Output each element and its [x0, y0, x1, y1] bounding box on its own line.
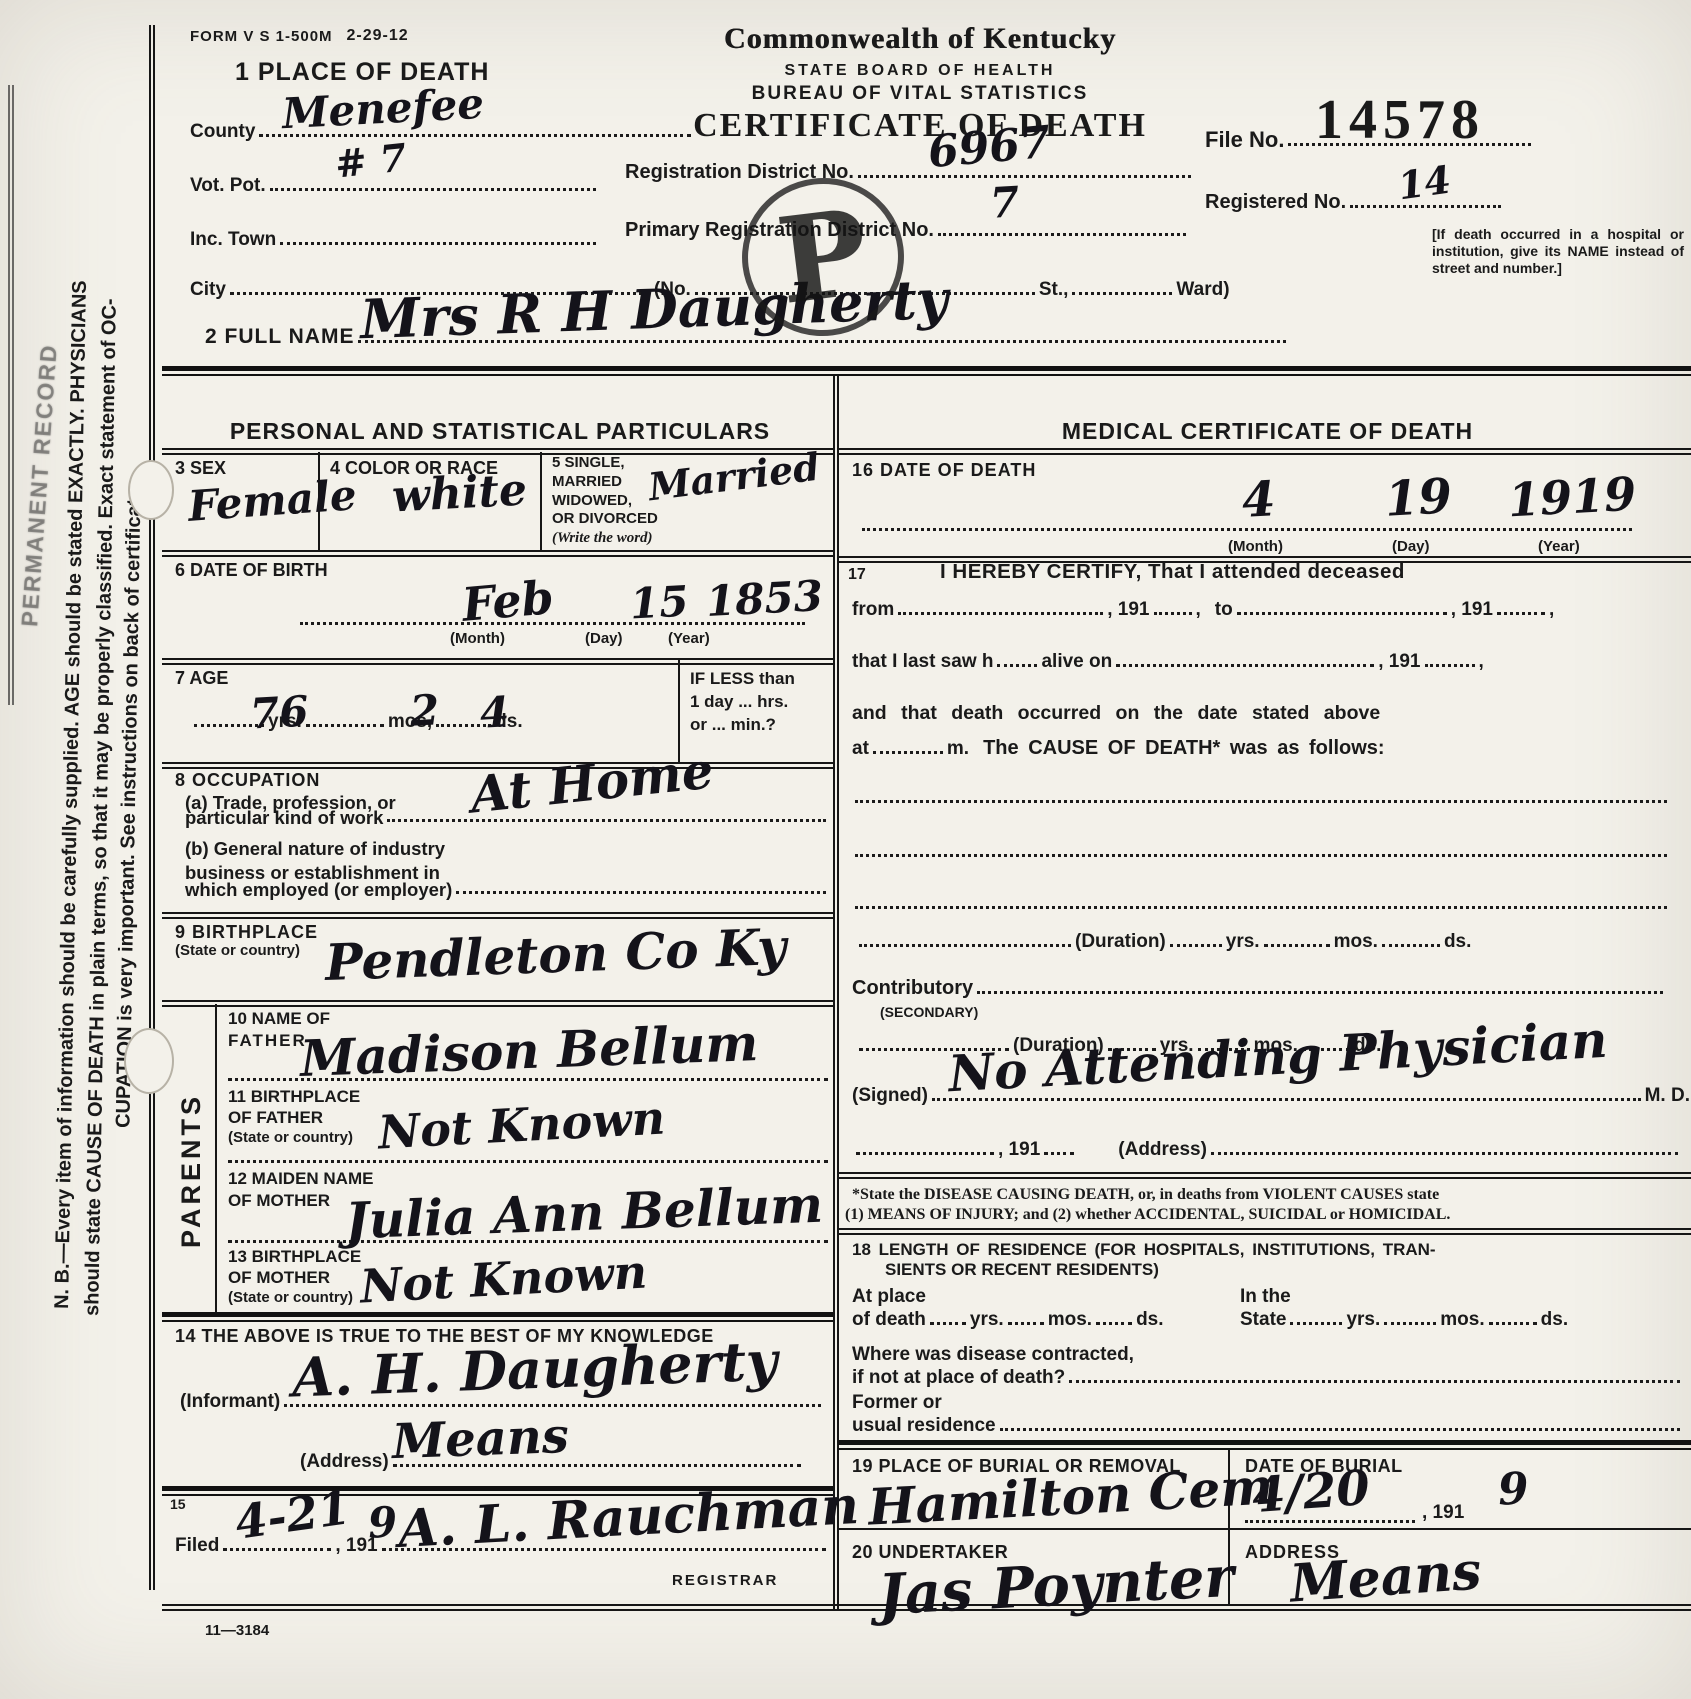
father-name-label-line1: 10 NAME OF	[228, 1008, 330, 1030]
duration-line: (Duration) yrs. mos. ds.	[855, 932, 1667, 952]
age-months-value: 2	[409, 689, 440, 732]
agency-heading: Commonwealth of Kentucky STATE BOARD OF …	[640, 22, 1200, 145]
birthplace-caption: (State or country)	[175, 942, 300, 959]
mother-birthplace-label-line1: 13 BIRTHPLACE	[228, 1246, 361, 1267]
cell-divider	[540, 452, 542, 550]
dob-month-caption: (Month)	[450, 630, 505, 647]
full-name-label: 2 FULL NAME	[205, 326, 354, 348]
inc-town-line: Inc. Town	[190, 230, 600, 250]
dotted-leader	[930, 1322, 966, 1325]
to-191: , 191	[1451, 600, 1493, 620]
dotted-leader	[1000, 1428, 1680, 1431]
hole-punch-top	[128, 460, 174, 520]
county-label: County	[190, 122, 255, 142]
at-label: at	[852, 739, 869, 759]
signed-label: (Signed)	[852, 1086, 928, 1106]
duration-mos-caption: mos.	[1334, 932, 1378, 952]
rule-heavy	[838, 1440, 1691, 1450]
father-birthplace-label-line1: 11 BIRTHPLACE	[228, 1086, 360, 1107]
cause-intro-line: at m. The CAUSE OF DEATH* was as follows…	[852, 738, 1682, 759]
footnote-line2: (1) MEANS OF INJURY; and (2) whether ACC…	[845, 1206, 1450, 1224]
informant-label: (Informant)	[180, 1392, 280, 1412]
contributory-line: Contributory	[852, 978, 1667, 999]
age-days-value: 4	[479, 691, 510, 734]
dod-day-caption: (Day)	[1392, 538, 1430, 555]
comma: ,	[1196, 600, 1201, 620]
filed-year-digit: 9	[367, 1501, 398, 1544]
burial-191: , 191	[1422, 1502, 1464, 1524]
mother-birthplace-caption: (State or country)	[228, 1289, 361, 1308]
duration-yrs-caption: yrs.	[1226, 932, 1260, 952]
city-label: City	[190, 280, 226, 300]
dod-month-value: 4	[1241, 475, 1277, 525]
county-value: Menefee	[281, 83, 485, 136]
marital-label-line4: OR DIVORCED	[552, 510, 658, 529]
in-state-line: State yrs. mos. ds.	[1240, 1310, 1685, 1330]
if-less-line2: 1 day ... hrs.	[690, 691, 830, 714]
marital-value: Married	[646, 448, 821, 507]
father-birthplace-label: 11 BIRTHPLACE OF FATHER (State or countr…	[228, 1086, 360, 1147]
row-rule	[228, 1160, 828, 1163]
dotted-leader	[306, 724, 384, 727]
dotted-leader	[280, 242, 596, 245]
certificate-title: CERTIFICATE OF DEATH	[640, 107, 1200, 145]
mother-birthplace-label-line2: OF MOTHER	[228, 1267, 361, 1288]
if-less-line1: IF LESS than	[690, 668, 830, 691]
occupation-b-line1: (b) General nature of industry	[185, 838, 445, 860]
sex-label: 3 SEX	[175, 458, 226, 479]
dob-year-caption: (Year)	[668, 630, 710, 647]
alive-on-label: alive on	[1041, 652, 1112, 672]
dotted-leader	[997, 664, 1037, 667]
last-saw-line: that I last saw h alive on , 191 ,	[852, 652, 1662, 672]
res-yrs-caption: yrs.	[970, 1310, 1004, 1330]
dotted-leader	[1154, 612, 1192, 615]
if-less-label: IF LESS than 1 day ... hrs. or ... min.?	[690, 668, 830, 737]
cause-dotted-line-3	[855, 906, 1667, 909]
hospital-note: [If death occurred in a hospital or inst…	[1432, 226, 1684, 276]
dob-year-value: 1853	[705, 575, 824, 623]
form-code: 11—3184	[205, 1622, 269, 1639]
dob-day-value: 15	[629, 580, 690, 625]
md-caption: M. D.	[1645, 1086, 1690, 1106]
death-occurred-line: and that death occurred on the date stat…	[852, 702, 1380, 725]
cause-dotted-line-2	[855, 854, 1667, 857]
dotted-leader	[1008, 1322, 1044, 1325]
race-value: white	[391, 468, 528, 519]
rule	[162, 550, 833, 557]
residence-label-line1: 18 LENGTH OF RESIDENCE (FOR HOSPITALS, I…	[852, 1240, 1436, 1260]
dotted-leader	[938, 233, 1186, 236]
res-ds-caption: ds.	[1136, 1310, 1163, 1330]
st-label: St.,	[1039, 280, 1069, 300]
dotted-leader	[1384, 1322, 1436, 1325]
occupation-label: 8 OCCUPATION	[175, 770, 320, 791]
inc-town-label: Inc. Town	[190, 230, 276, 250]
rule-heavy	[162, 1312, 833, 1322]
personal-section-title: PERSONAL AND STATISTICAL PARTICULARS	[170, 418, 830, 445]
dotted-leader	[1096, 1322, 1132, 1325]
ward-label: Ward)	[1176, 280, 1229, 300]
dotted-leader	[456, 891, 826, 894]
residence-label-line2: SIENTS OR RECENT RESIDENTS)	[885, 1260, 1159, 1280]
dotted-leader	[1072, 292, 1172, 295]
state-ds-caption: ds.	[1541, 1310, 1568, 1330]
to-label: to	[1215, 600, 1233, 620]
mother-name-label-line1: 12 MAIDEN NAME	[228, 1168, 373, 1190]
dotted-leader	[1264, 944, 1330, 947]
mother-birthplace-value: Not Known	[359, 1249, 648, 1310]
birthplace-label: 9 BIRTHPLACE	[175, 922, 318, 943]
primary-registration-line: Primary Registration District No.	[625, 220, 1190, 241]
rule	[838, 448, 1691, 455]
dotted-leader	[1382, 944, 1440, 947]
dob-month-value: Feb	[460, 574, 555, 628]
state-board: STATE BOARD OF HEALTH	[640, 62, 1200, 80]
dotted-leader	[1044, 1152, 1074, 1155]
former-residence-line2: usual residence	[852, 1416, 1684, 1436]
dotted-leader	[977, 991, 1663, 994]
signed-date-address-line: , 191 (Address)	[852, 1140, 1682, 1160]
rule	[162, 1000, 833, 1007]
mother-name-value: Julia Ann Bellum	[344, 1180, 823, 1247]
vot-pot-value: # 7	[333, 138, 408, 183]
signed-191: , 191	[998, 1140, 1040, 1160]
dotted-leader	[387, 819, 826, 822]
age-label: 7 AGE	[175, 668, 228, 689]
form-number: FORM V S 1-500M	[190, 29, 333, 45]
mother-birthplace-label: 13 BIRTHPLACE OF MOTHER (State or countr…	[228, 1246, 361, 1307]
vot-pot-label: Vot. Pot.	[190, 176, 266, 196]
father-birthplace-caption: (State or country)	[228, 1129, 360, 1148]
informant-address-label: (Address)	[300, 1452, 389, 1472]
dotted-leader	[1069, 1380, 1680, 1383]
dotted-leader	[858, 175, 1191, 178]
dod-year-caption: (Year)	[1538, 538, 1580, 555]
duration-ds-caption: ds.	[1444, 932, 1471, 952]
m-label: m.	[947, 739, 969, 759]
marital-label-line2: MARRIED	[552, 473, 658, 492]
last-saw-label: that I last saw h	[852, 652, 993, 672]
birthplace-value: Pendleton Co Ky	[324, 922, 787, 988]
file-no-value: 14578	[1315, 88, 1485, 152]
dotted-leader	[1425, 664, 1475, 667]
age-years-value: 76	[249, 690, 310, 735]
marital-label-line1: 5 SINGLE,	[552, 454, 658, 473]
footnote-line1: *State the DISEASE CAUSING DEATH, or, in…	[852, 1186, 1439, 1204]
usual-residence-label: usual residence	[852, 1416, 996, 1436]
dotted-leader	[856, 1152, 994, 1155]
marital-write-word: (Write the word)	[552, 529, 658, 548]
dod-year-value: 1919	[1507, 471, 1637, 524]
death-certificate-scan: PERMANENT RECORD N. B.—Every item of inf…	[0, 0, 1691, 1699]
registered-no-value: 14	[1396, 161, 1454, 206]
from-191: , 191	[1107, 600, 1149, 620]
marital-label: 5 SINGLE, MARRIED WIDOWED, OR DIVORCED (…	[552, 454, 658, 548]
dod-month-caption: (Month)	[1228, 538, 1283, 555]
hole-punch-bottom	[124, 1028, 174, 1094]
informant-value: A. H. Daugherty	[291, 1334, 778, 1405]
sex-value: Female	[187, 474, 358, 528]
if-less-line3: or ... min.?	[690, 714, 830, 737]
medical-section-title: MEDICAL CERTIFICATE OF DEATH	[845, 418, 1690, 445]
dotted-leader	[1237, 612, 1447, 615]
rule	[838, 1228, 1691, 1235]
file-no-label: File No.	[1205, 128, 1284, 151]
primary-registration-value: 7	[989, 181, 1020, 224]
res-mos-caption: mos.	[1048, 1310, 1092, 1330]
form-number-line: FORM V S 1-500M 2-29-12	[190, 28, 520, 45]
rule	[838, 1172, 1691, 1179]
occupation-a-line2-text: particular kind of work	[185, 808, 383, 827]
p-stamp-letter: P	[772, 193, 874, 321]
secondary-caption: (SECONDARY)	[880, 1004, 978, 1020]
father-birthplace-value: Not Known	[377, 1095, 666, 1156]
of-death-label: of death	[852, 1310, 926, 1330]
state-label: State	[1240, 1310, 1286, 1330]
cause-dotted-line-1	[855, 800, 1667, 803]
dob-day-caption: (Day)	[585, 630, 623, 647]
dotted-leader	[1116, 664, 1374, 667]
father-name-value: Madison Bellum	[299, 1018, 759, 1084]
header-rule	[162, 366, 1691, 376]
item-17: 17	[848, 566, 866, 584]
dotted-leader	[270, 188, 596, 191]
form-date: 2-29-12	[347, 28, 409, 45]
dotted-leader	[898, 612, 1103, 615]
undertaker-address-value: Means	[1288, 1545, 1483, 1610]
registered-no-line: Registered No.	[1205, 192, 1505, 213]
registration-district-value: 6967	[926, 121, 1052, 176]
registrar-caption: REGISTRAR	[672, 1572, 778, 1589]
burial-date-value: 4/20	[1250, 1464, 1371, 1520]
occupation-b-line3: which employed (or employer)	[185, 880, 830, 899]
cause-of-death-bold: The CAUSE OF DEATH* was as follows:	[983, 738, 1384, 759]
where-contracted-line1: Where was disease contracted,	[852, 1344, 1134, 1366]
date-of-death-label: 16 DATE OF DEATH	[852, 460, 1036, 481]
dod-day-value: 19	[1384, 472, 1453, 523]
duration-caption: (Duration)	[1075, 932, 1166, 952]
registered-no-label: Registered No.	[1205, 192, 1346, 213]
father-birthplace-label-line2: OF FATHER	[228, 1107, 360, 1128]
rule	[162, 658, 833, 665]
marital-label-line3: WIDOWED,	[552, 492, 658, 511]
comma: ,	[1479, 652, 1484, 672]
at-place-label: At place	[852, 1286, 926, 1308]
dob-label: 6 DATE OF BIRTH	[175, 560, 328, 581]
dotted-leader	[873, 751, 943, 754]
at-place-of-death-line: of death yrs. mos. ds.	[852, 1310, 1217, 1330]
signed-address-caption: (Address)	[1118, 1140, 1207, 1160]
item-15: 15	[170, 1496, 186, 1512]
certify-statement: I HEREBY CERTIFY, That I attended deceas…	[940, 560, 1405, 584]
informant-address-value: Means	[391, 1412, 569, 1466]
bureau: BUREAU OF VITAL STATISTICS	[640, 83, 1200, 105]
comma: ,	[1549, 600, 1554, 620]
dotted-leader	[1489, 1322, 1537, 1325]
contributory-label: Contributory	[852, 978, 973, 999]
margin-permanent-record: PERMANENT RECORD	[10, 250, 70, 721]
commonwealth-title: Commonwealth of Kentucky	[640, 22, 1200, 56]
former-residence-line1: Former or	[852, 1392, 942, 1414]
filed-label: Filed	[175, 1536, 219, 1556]
state-mos-caption: mos.	[1440, 1310, 1484, 1330]
page-edge-line	[8, 85, 14, 705]
attended-from-line: from , 191 , to , 191 ,	[852, 600, 1662, 620]
state-yrs-caption: yrs.	[1346, 1310, 1380, 1330]
dotted-leader	[1290, 1322, 1342, 1325]
parents-strip-divider	[215, 1004, 217, 1314]
alive-191: , 191	[1378, 652, 1420, 672]
document-left-border	[149, 25, 155, 1590]
dotted-leader	[1170, 944, 1222, 947]
parents-label: PARENTS	[176, 1060, 207, 1280]
dotted-leader	[1211, 1152, 1678, 1155]
where-contracted-label: if not at place of death?	[852, 1368, 1065, 1388]
dotted-leader	[1497, 612, 1545, 615]
where-contracted-line2: if not at place of death?	[852, 1368, 1684, 1388]
dotted-leader	[1350, 205, 1501, 208]
registration-district-line: Registration District No.	[625, 162, 1195, 183]
burial-year-digit: 9	[1497, 1467, 1530, 1513]
from-label: from	[852, 600, 894, 620]
undertaker-value: Jas Poynter	[877, 1549, 1235, 1624]
occupation-b-line3-text: which employed (or employer)	[185, 880, 452, 899]
dotted-leader	[859, 944, 1071, 947]
in-the-label: In the	[1240, 1286, 1291, 1308]
